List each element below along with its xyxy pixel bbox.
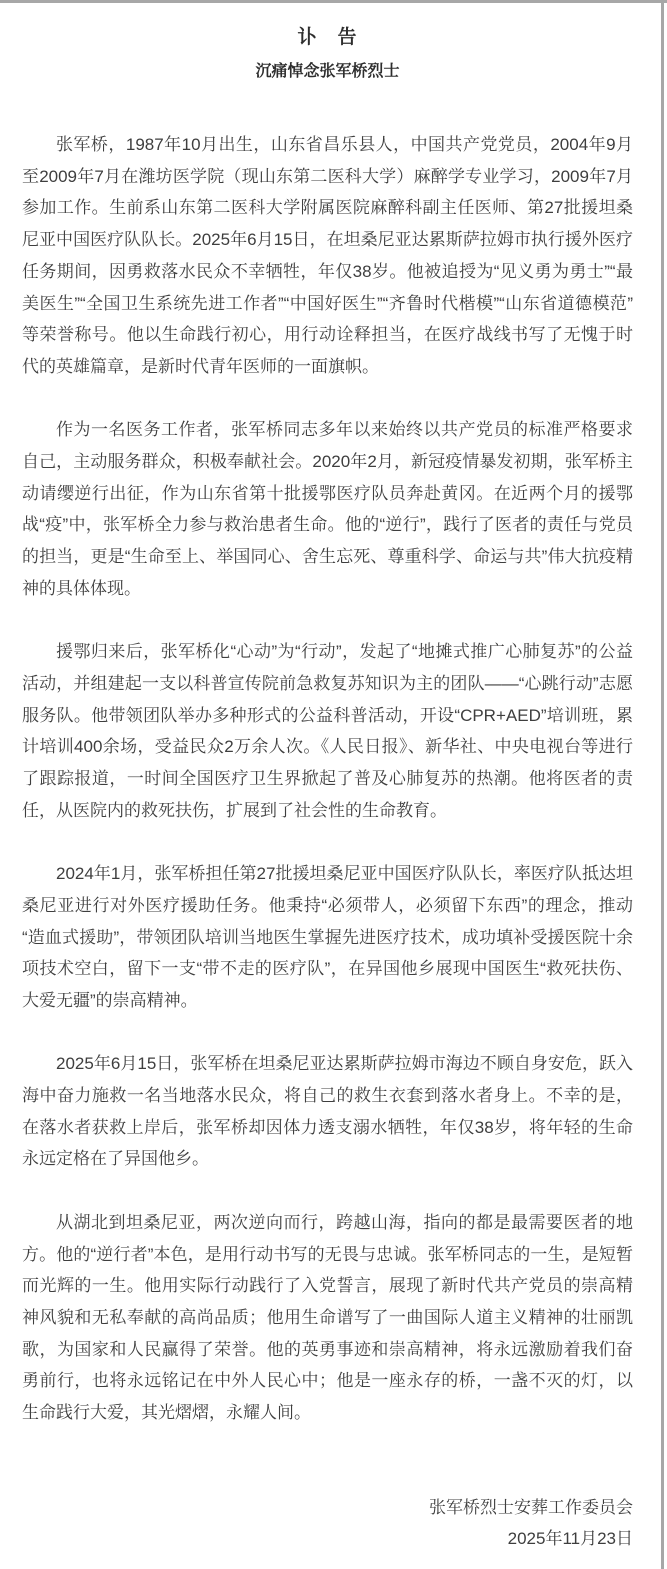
signature-line: 张军桥烈士安葬工作委员会 [22,1492,633,1524]
top-edge-line [0,0,667,3]
obituary-page: 讣 告 沉痛悼念张军桥烈士 张军桥，1987年10月出生，山东省昌乐县人，中国共… [0,0,667,1569]
right-edge-line [661,0,664,1569]
paragraph-2: 作为一名医务工作者，张军桥同志多年以来始终以共产党员的标准严格要求自己，主动服务… [22,414,633,604]
document-body: 张军桥，1987年10月出生，山东省昌乐县人，中国共产党党员，2004年9月至2… [22,129,633,1429]
paragraph-1: 张军桥，1987年10月出生，山东省昌乐县人，中国共产党党员，2004年9月至2… [22,129,633,383]
paragraph-6: 从湖北到坦桑尼亚，两次逆向而行，跨越山海，指向的都是最需要医者的地方。他的“逆行… [22,1207,633,1429]
paragraph-4: 2024年1月，张军桥担任第27批援坦桑尼亚中国医疗队队长，率医疗队抵达坦桑尼亚… [22,858,633,1017]
paragraph-5: 2025年6月15日，张军桥在坦桑尼亚达累斯萨拉姆市海边不顾自身安危，跃入海中奋… [22,1048,633,1175]
page-subtitle: 沉痛悼念张军桥烈士 [22,63,633,80]
date-line: 2025年11月23日 [22,1523,633,1555]
page-title: 讣 告 [22,28,633,48]
paragraph-3: 援鄂归来后，张军桥化“心动”为“行动”，发起了“地摊式推广心肺复苏”的公益活动，… [22,636,633,826]
